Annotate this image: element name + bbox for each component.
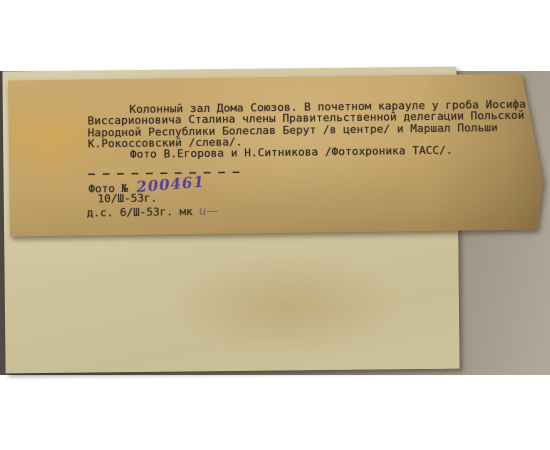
caption-slip: Колонный зал Дома Союзов. В почетном кар… — [8, 74, 544, 237]
date-line: 10/Ш-53г. — [97, 192, 157, 206]
caption-slip-paper: Колонный зал Дома Союзов. В почетном кар… — [8, 74, 544, 237]
caption-text: Колонный зал Дома Союзов. В почетном кар… — [87, 99, 526, 161]
photo-backdrop: Колонный зал Дома Союзов. В почетном кар… — [0, 71, 550, 375]
handwritten-initial: и— — [199, 204, 219, 218]
release-line: д.с. 6/Ш-53г. мки— — [87, 204, 219, 220]
release-line-typed: д.с. 6/Ш-53г. мк — [87, 205, 193, 219]
screenshot-canvas: Колонный зал Дома Союзов. В почетном кар… — [0, 0, 550, 450]
